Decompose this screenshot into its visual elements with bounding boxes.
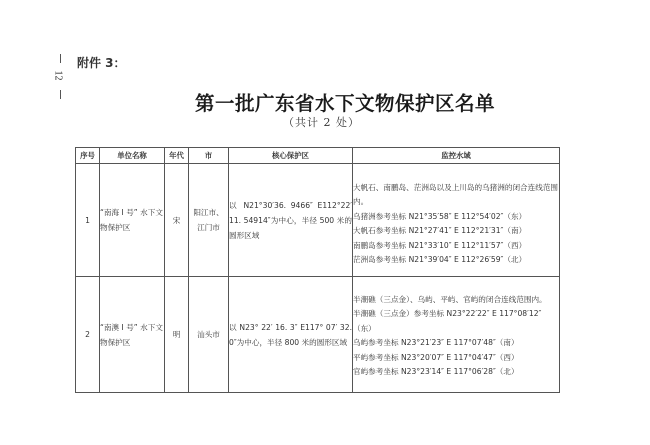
cell-unit-name: “南澳 I 号” 水下文物保护区 [100,277,165,393]
protection-zone-table: 序号 单位名称 年代 市 核心保护区 监控水域 1 “南海 I 号” 水下文物保… [75,147,560,393]
monitoring-point: 茫洲岛参考坐标 N21°39′04″ E 112°26′59″（北） [353,253,559,268]
cell-core-zone: 以 N23° 22′ 16. 3″ E117° 07′ 32. 0″为中心，半径… [229,277,353,393]
header-city: 市 [189,148,229,164]
page-number-dash-top [60,54,61,63]
cell-index: 2 [76,277,100,393]
monitoring-intro: 半潮礁（三点金）、乌屿、平屿、官屿的闭合连线范围内。 [353,293,559,308]
attachment-label: 附件 3： [77,54,126,71]
cell-era: 宋 [165,164,189,277]
document-title: 第一批广东省水下文物保护区名单 [195,88,495,116]
document-subtitle: （共计 2 处） [283,114,360,130]
header-monitoring-area: 监控水域 [353,148,560,164]
monitoring-point: 南鹏岛参考坐标 N21°33′10″ E 112°11′57″（西） [353,239,559,254]
city-line: 江门市 [189,220,228,235]
table-row: 2 “南澳 I 号” 水下文物保护区 明 汕头市 以 N23° 22′ 16. … [76,277,560,393]
table-row: 1 “南海 I 号” 水下文物保护区 宋 阳江市、 江门市 以 N21°30′3… [76,164,560,277]
cell-unit-name: “南海 I 号” 水下文物保护区 [100,164,165,277]
cell-core-zone: 以 N21°30′36. 9466″ E112°22′ 11. 54914″为中… [229,164,353,277]
cell-city: 汕头市 [189,277,229,393]
header-era: 年代 [165,148,189,164]
cell-monitoring-area: 半潮礁（三点金）、乌屿、平屿、官屿的闭合连线范围内。 半潮礁（三点金）参考坐标 … [353,277,560,393]
cell-era: 明 [165,277,189,393]
header-unit-name: 单位名称 [100,148,165,164]
cell-index: 1 [76,164,100,277]
page-number-marker: 12 [56,52,66,102]
cell-city: 阳江市、 江门市 [189,164,229,277]
monitoring-point: 官屿参考坐标 N23°23′14″ E 117°06′28″（北） [353,365,559,380]
monitoring-intro: 大帆石、南鹏岛、茫洲岛以及上川岛的乌猪洲的闭合连线范围内。 [353,181,559,210]
table-header-row: 序号 单位名称 年代 市 核心保护区 监控水域 [76,148,560,164]
city-line: 阳江市、 [189,205,228,220]
monitoring-point: 大帆石参考坐标 N21°27′41″ E 112°21′31″（南） [353,224,559,239]
monitoring-point: 乌猪洲参考坐标 N21°35′58″ E 112°54′02″（东） [353,210,559,225]
header-core-zone: 核心保护区 [229,148,353,164]
city-line: 汕头市 [189,327,228,342]
monitoring-point: 乌屿参考坐标 N23°21′23″ E 117°07′48″（南） [353,336,559,351]
monitoring-point: 半潮礁（三点金）参考坐标 N23°22′22″ E 117°08′12″（东） [353,307,559,336]
page-number-dash-bottom [60,90,61,99]
cell-monitoring-area: 大帆石、南鹏岛、茫洲岛以及上川岛的乌猪洲的闭合连线范围内。 乌猪洲参考坐标 N2… [353,164,560,277]
monitoring-point: 平屿参考坐标 N23°20′07″ E 117°04′47″（西） [353,351,559,366]
page-number: 12 [53,71,64,81]
header-index: 序号 [76,148,100,164]
